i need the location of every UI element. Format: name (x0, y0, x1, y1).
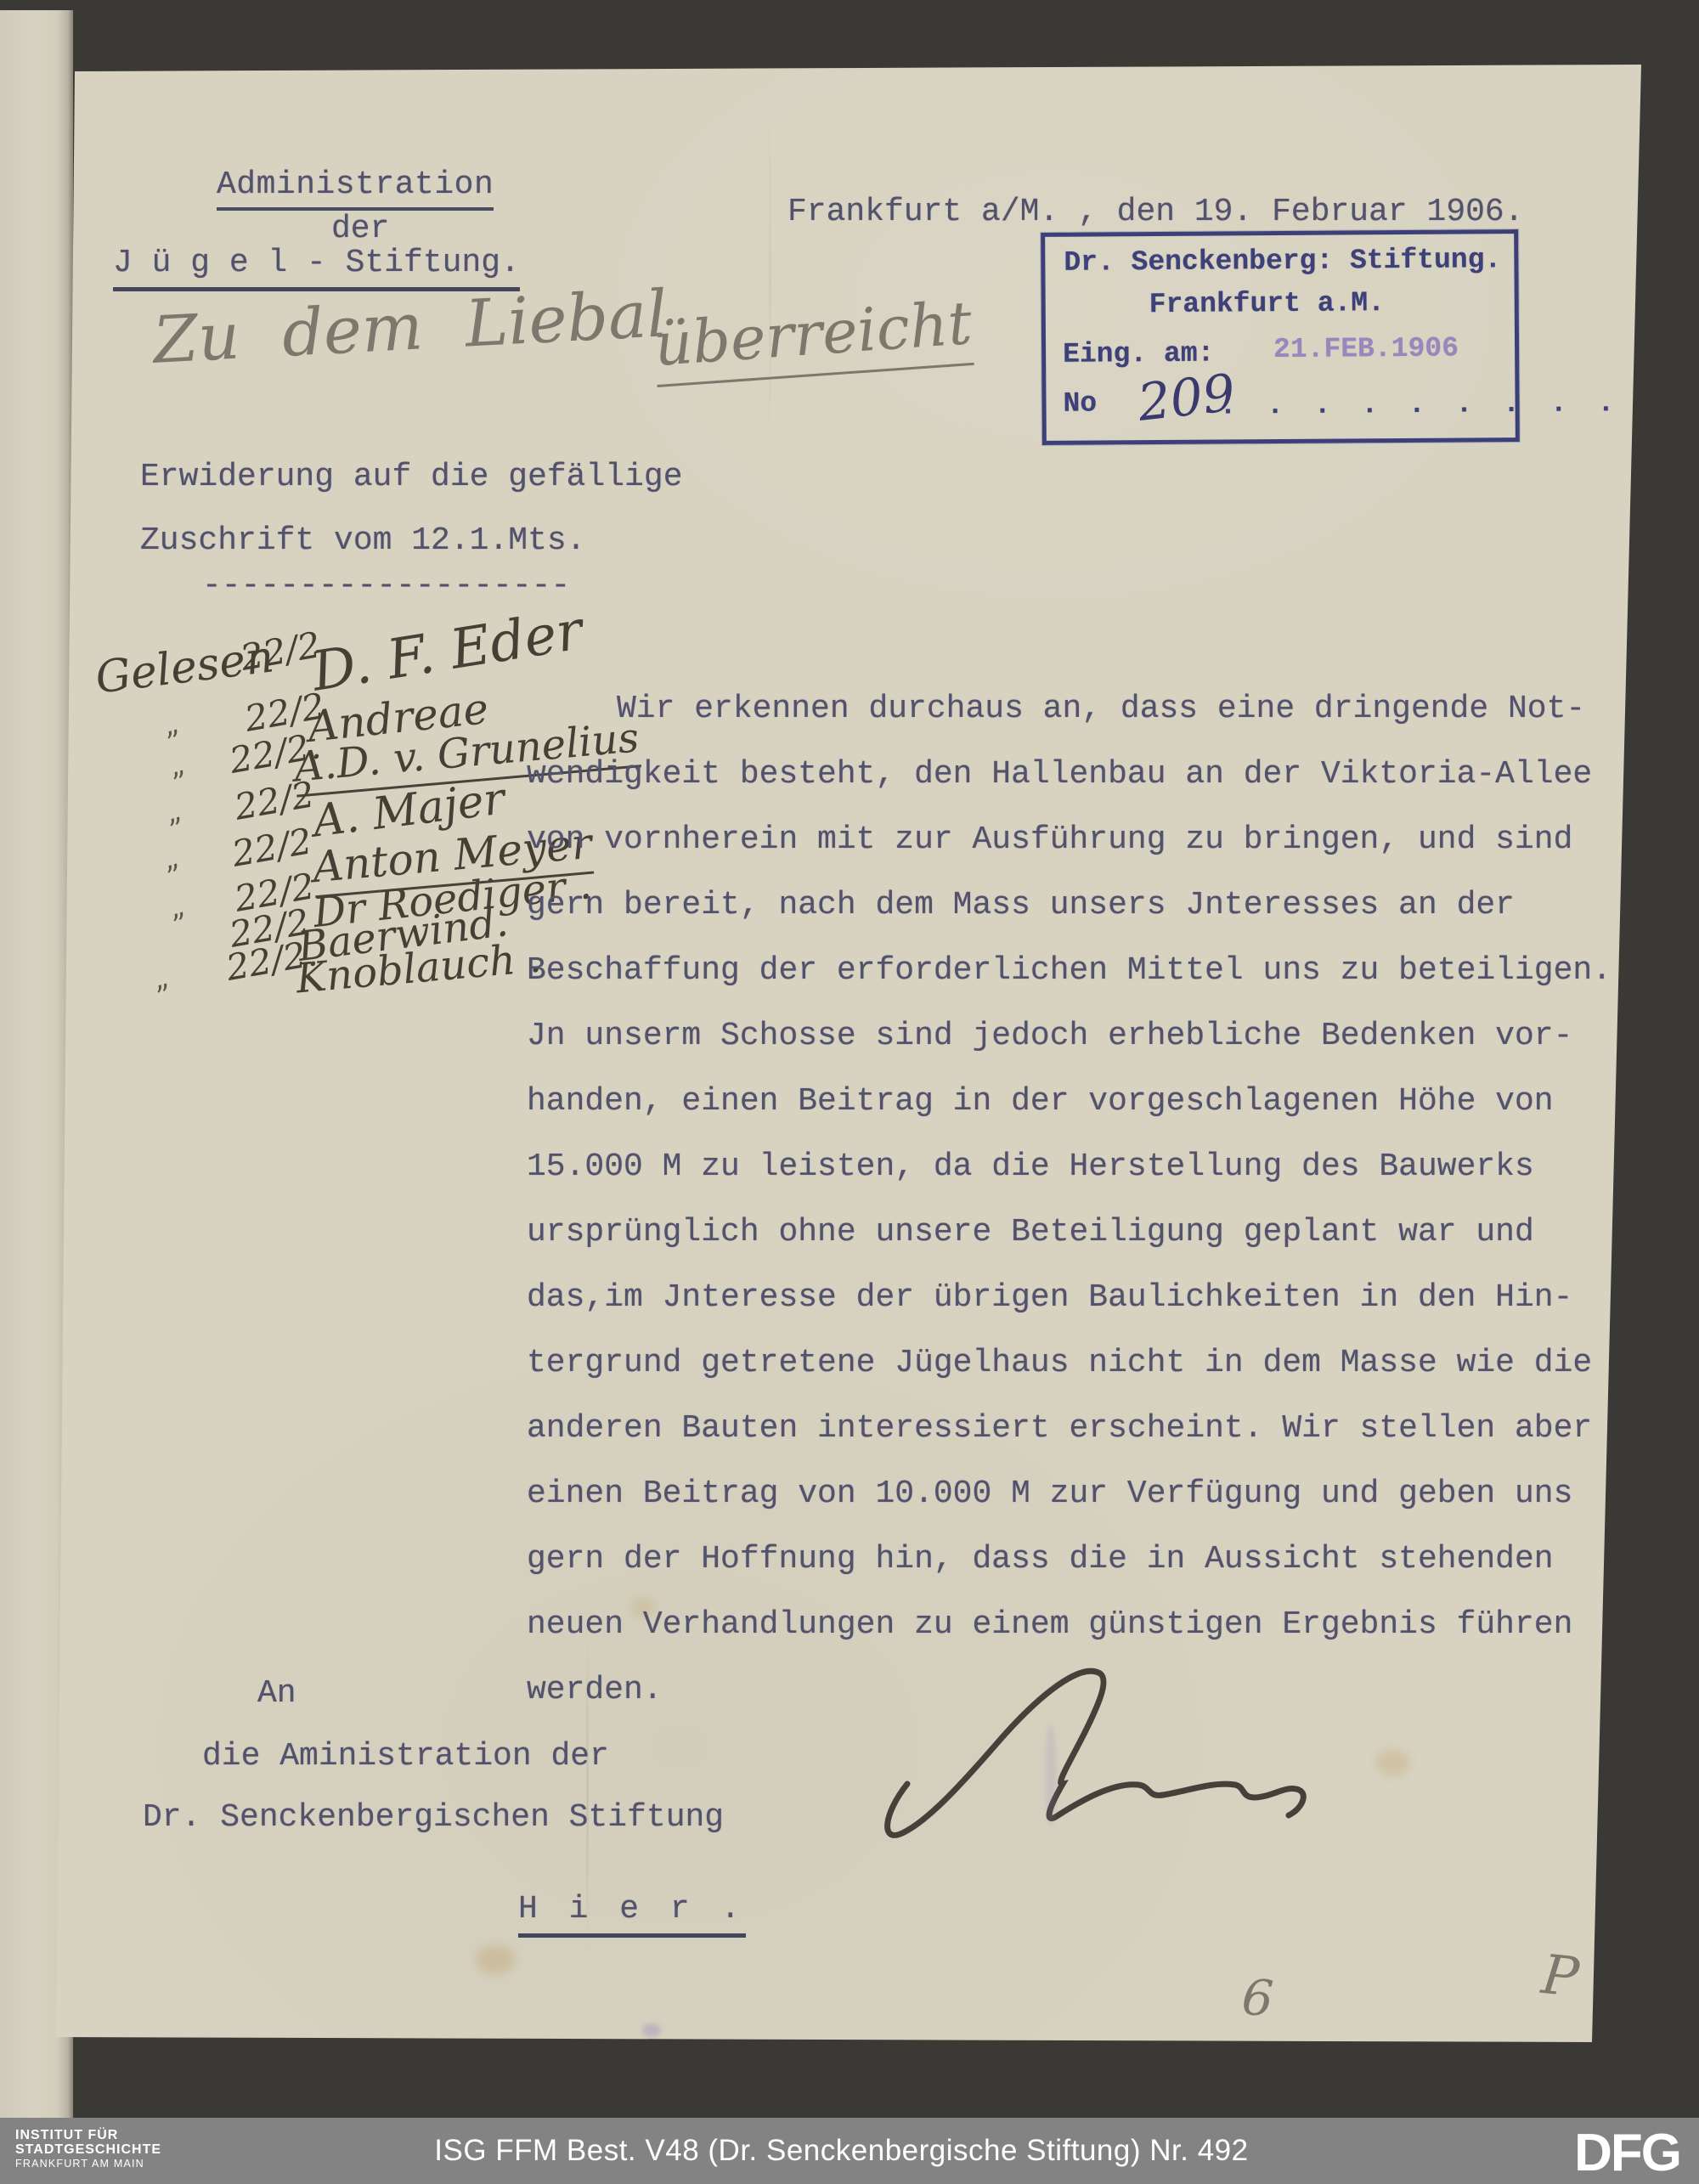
stamp-no-label: No (1063, 388, 1097, 420)
letterhead-line3: J ü g e l - Stiftung. (113, 245, 520, 281)
body-line: einen Beitrag von 10.000 M zur Verfügung… (527, 1461, 1604, 1527)
stamp-dotted-line: . . . . . . . . . . (1219, 387, 1668, 422)
body-line: gern der Hoffnung hin, dass die in Aussi… (527, 1527, 1604, 1592)
marginalia-repeat-mark: „ (161, 793, 184, 830)
stamp-eingang-date: 21.FEB.1906 (1273, 333, 1459, 366)
paper-crease (769, 102, 771, 459)
isg-logo-line1: INSTITUT FÜR (15, 2128, 161, 2142)
dateline: Frankfurt a/M. , den 19. Februar 1906. (787, 194, 1524, 230)
stamp-city-line: Frankfurt a.M. (1149, 287, 1386, 320)
closing-hier: H i e r . (518, 1891, 746, 1927)
paper-stain (1376, 1750, 1410, 1775)
archive-reference: ISG FFM Best. V48 (Dr. Senckenbergische … (434, 2134, 1248, 2168)
body-line: anderen Bauten interessiert erscheint. W… (527, 1396, 1604, 1461)
reference-line2: Zuschrift vom 12.1.Mts. (140, 522, 586, 559)
isg-logo-line2: STADTGESCHICHTE (15, 2142, 161, 2157)
body-line: ursprünglich ohne unsere Beteiligung gep… (527, 1199, 1604, 1265)
stamp-org-line: Dr. Senckenberg: Stiftung. (1064, 244, 1501, 279)
body-line: Jn unserm Schosse sind jedoch erhebliche… (527, 1003, 1604, 1069)
marginalia-repeat-mark: „ (149, 960, 172, 996)
body-line: Wir erkennen durchaus an, dass eine drin… (527, 676, 1604, 742)
body-line: 15.000 M zu leisten, da die Herstellung … (527, 1134, 1604, 1199)
letter-page: Administration der J ü g e l - Stiftung.… (0, 0, 1699, 2184)
pencil-note-part2: überreicht (652, 288, 974, 387)
paper-stain (476, 1945, 515, 1974)
reference-separator: ------------------- (202, 567, 570, 604)
handwritten-signature (858, 1656, 1334, 1877)
body-line: wendigkeit besteht, den Hallenbau an der… (527, 742, 1604, 807)
body-line: handen, einen Beitrag in der vorgeschlag… (527, 1069, 1604, 1134)
marginalia-repeat-mark: „ (165, 747, 188, 783)
archive-footer-bar: INSTITUT FÜR STADTGESCHICHTE FRANKFURT A… (0, 2118, 1699, 2184)
corner-mark-pencil: P (1538, 1944, 1582, 2010)
closing-an: An (257, 1675, 296, 1712)
marginalia-repeat-mark: „ (165, 889, 188, 925)
letterhead-juegel-stiftung: J ü g e l - Stiftung. (113, 245, 520, 291)
body-line: gern bereit, nach dem Mass unsers Jntere… (527, 872, 1604, 938)
closing-line2: die Aministration der (202, 1738, 609, 1775)
hier-underlined: H i e r . (518, 1891, 746, 1938)
dfg-logo: DFG (1574, 2123, 1680, 2183)
document-scan: Administration der J ü g e l - Stiftung.… (0, 0, 1699, 2184)
body-line: tergrund getretene Jügelhaus nicht in de… (527, 1330, 1604, 1396)
marginalia-repeat-mark: „ (159, 706, 182, 742)
body-line: neuen Verhandlungen zu einem günstigen E… (527, 1592, 1604, 1657)
reference-line1: Erwiderung auf die gefällige (140, 459, 683, 495)
ink-smudge (642, 2023, 661, 2037)
page-number-pencil: 6 (1240, 1968, 1276, 2028)
ink-smudge (1045, 1724, 1057, 1826)
marginalia-repeat-mark: „ (159, 840, 182, 877)
letterhead-administration: Administration (217, 166, 494, 211)
stamp-eingang-label: Eing. am: (1063, 338, 1214, 370)
body-line: von vornherein mit zur Ausführung zu bri… (527, 807, 1604, 872)
isg-logo-line3: FRANKFURT AM MAIN (15, 2157, 161, 2171)
closing-line3: Dr. Senckenbergischen Stiftung (143, 1799, 724, 1836)
letterhead-line1: Administration (217, 166, 494, 203)
letter-body: Wir erkennen durchaus an, dass eine drin… (527, 676, 1604, 1723)
body-line: Beschaffung der erforderlichen Mittel un… (527, 938, 1604, 1003)
body-line: das,im Jnteresse der übrigen Baulichkeit… (527, 1265, 1604, 1330)
isg-logo: INSTITUT FÜR STADTGESCHICHTE FRANKFURT A… (15, 2128, 161, 2171)
entry-stamp: Dr. Senckenberg: Stiftung. Frankfurt a.M… (1041, 229, 1520, 445)
letterhead-line2: der (331, 211, 389, 247)
